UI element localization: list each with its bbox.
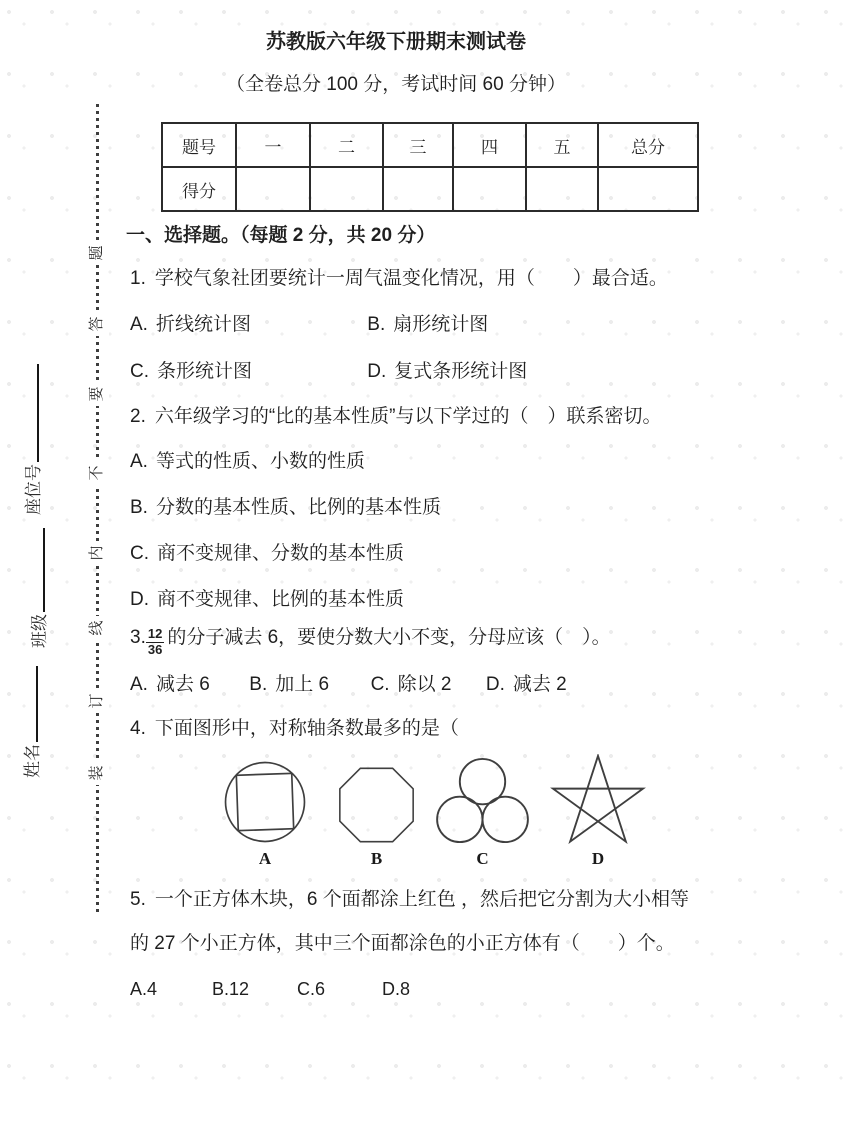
option-label: D. — [486, 674, 505, 695]
option-label: D. — [367, 361, 386, 382]
question-2-option-c: C.商不变规律、分数的基本性质 — [130, 543, 852, 565]
question-1-text: 学校气象社团要统计一周气温变化情况，用（ ）最合适。 — [155, 268, 668, 289]
circle-inscribed-square-icon — [222, 760, 308, 844]
question-1-option-b: B.扇形统计图 — [367, 314, 488, 335]
question-3-option-c: C.除以 2 — [371, 674, 481, 696]
question-3-options-row: A.减去 6 B.加上 6 C.除以 2 D.减去 2 — [130, 674, 852, 696]
option-label: C. — [130, 361, 149, 382]
question-4: 4.下面图形中，对称轴条数最多的是（ — [130, 718, 852, 740]
header-cell-2: 二 — [310, 123, 383, 167]
option-label: A. — [130, 674, 148, 695]
question-2: 2.六年级学习的“比的基本性质”与以下学过的（ ）联系密切。 — [130, 406, 852, 428]
octagon-icon — [335, 766, 418, 844]
exam-content: 苏教版六年级下册期末测试卷 （全卷总分 100 分，考试时间 60 分钟） 题号… — [0, 0, 852, 1000]
question-2-text: 六年级学习的“比的基本性质”与以下学过的（ ）联系密切。 — [155, 406, 662, 427]
question-1: 1.学校气象社团要统计一周气温变化情况，用（ ）最合适。 — [130, 268, 852, 290]
option-text: 减去 6 — [156, 674, 210, 695]
page-subtitle: （全卷总分 100 分，考试时间 60 分钟） — [126, 74, 666, 96]
figure-b-octagon: B — [335, 766, 418, 869]
option-label: B. — [249, 674, 267, 695]
question-1-options-row-2: C.条形统计图 D.复式条形统计图 — [130, 361, 852, 383]
question-5-line-1: 5.一个正方体木块，6 个面都涂上红色 ，然后把它分割为大小相等 — [130, 889, 852, 911]
option-text: 分数的基本性质、比例的基本性质 — [156, 497, 441, 518]
header-cell-1: 一 — [236, 123, 310, 167]
question-5-text-line-2: 的 27 个小正方体，其中三个面都涂色的小正方体有（ ）个。 — [130, 933, 675, 954]
option-text: 条形统计图 — [157, 361, 252, 382]
option-text: 等式的性质、小数的性质 — [156, 451, 365, 472]
three-circles-icon — [435, 757, 530, 844]
question-5-option-a: A.4 — [130, 978, 207, 1000]
figure-d-label: D — [592, 849, 604, 869]
score-cell-4 — [453, 167, 526, 211]
header-cell-4: 四 — [453, 123, 526, 167]
question-5-line-2: 的 27 个小正方体，其中三个面都涂色的小正方体有（ ）个。 — [130, 933, 852, 955]
question-2-option-a: A.等式的性质、小数的性质 — [130, 451, 852, 473]
question-3-option-b: B.加上 6 — [249, 674, 365, 696]
option-label: B. — [130, 497, 148, 518]
option-label: D. — [130, 589, 149, 610]
header-cell-5: 五 — [526, 123, 598, 167]
option-text: 复式条形统计图 — [394, 361, 527, 382]
score-table-header-row: 题号 一 二 三 四 五 总分 — [162, 123, 698, 167]
question-4-text: 下面图形中，对称轴条数最多的是（ — [155, 718, 459, 739]
question-1-number: 1. — [130, 268, 146, 289]
question-1-option-d: D.复式条形统计图 — [367, 361, 527, 382]
score-table: 题号 一 二 三 四 五 总分 得分 — [161, 122, 699, 212]
figure-b-label: B — [371, 849, 382, 869]
option-label: C. — [130, 543, 149, 564]
option-text: 加上 6 — [275, 674, 329, 695]
figure-d-five-pointed-star: D — [548, 754, 648, 869]
question-3-option-a: A.减去 6 — [130, 674, 244, 696]
question-2-option-d: D.商不变规律、比例的基本性质 — [130, 589, 852, 611]
score-cell-3 — [383, 167, 453, 211]
question-5-option-d: D.8 — [382, 979, 410, 999]
score-cell-5 — [526, 167, 598, 211]
question-5-text-line-1: 一个正方体木块，6 个面都涂上红色 ，然后把它分割为大小相等 — [155, 889, 689, 910]
score-table-score-row: 得分 — [162, 167, 698, 211]
option-label: A. — [130, 314, 148, 335]
question-5-option-b: B.12 — [212, 978, 292, 1000]
figure-a-circle-inscribed-square: A — [222, 760, 308, 869]
page-title: 苏教版六年级下册期末测试卷 — [126, 30, 666, 54]
question-5-option-c: C.6 — [297, 978, 377, 1000]
option-label: B. — [367, 314, 385, 335]
question-3-number: 3. — [130, 627, 146, 648]
section-heading: 一、选择题。（每题 2 分，共 20 分） — [126, 225, 852, 247]
option-text: 扇形统计图 — [393, 314, 488, 335]
fraction-denominator: 36 — [146, 642, 164, 658]
score-cell-1 — [236, 167, 310, 211]
question-1-option-a: A.折线统计图 — [130, 314, 362, 336]
question-4-figures: A B C D — [222, 754, 852, 869]
figure-c-label: C — [476, 849, 488, 869]
question-5-number: 5. — [130, 889, 146, 910]
question-1-option-c: C.条形统计图 — [130, 361, 362, 383]
question-2-option-b: B.分数的基本性质、比例的基本性质 — [130, 497, 852, 519]
exam-paper-page: 装 订 线 内 不 要 答 题 姓名 班级 座位号 苏教版六年级下册期末测试卷 … — [0, 0, 852, 1122]
question-3-text: 的分子减去 6，要使分数大小不变，分母应该（ ）。 — [167, 627, 610, 648]
option-label: C. — [371, 674, 390, 695]
score-cell-total — [598, 167, 698, 211]
figure-c-three-circles: C — [435, 757, 530, 869]
header-cell-3: 三 — [383, 123, 453, 167]
question-5-options-row: A.4 B.12 C.6 D.8 — [130, 978, 852, 1000]
option-text: 除以 2 — [398, 674, 452, 695]
question-2-number: 2. — [130, 406, 146, 427]
question-1-options-row-1: A.折线统计图 B.扇形统计图 — [130, 314, 852, 336]
header-cell-total: 总分 — [598, 123, 698, 167]
score-row-label: 得分 — [162, 167, 236, 211]
option-label: A. — [130, 451, 148, 472]
question-3-option-d: D.减去 2 — [486, 674, 567, 695]
figure-a-label: A — [259, 849, 271, 869]
question-4-number: 4. — [130, 718, 146, 739]
option-text: 商不变规律、分数的基本性质 — [157, 543, 404, 564]
question-3: 3.1236的分子减去 6，要使分数大小不变，分母应该（ ）。 — [130, 627, 852, 658]
fraction-numerator: 12 — [146, 627, 164, 642]
header-cell-timu: 题号 — [162, 123, 236, 167]
option-text: 商不变规律、比例的基本性质 — [157, 589, 404, 610]
score-cell-2 — [310, 167, 383, 211]
fraction-12-36: 1236 — [146, 627, 164, 658]
five-pointed-star-icon — [548, 754, 648, 844]
option-text: 减去 2 — [513, 674, 567, 695]
option-text: 折线统计图 — [156, 314, 251, 335]
